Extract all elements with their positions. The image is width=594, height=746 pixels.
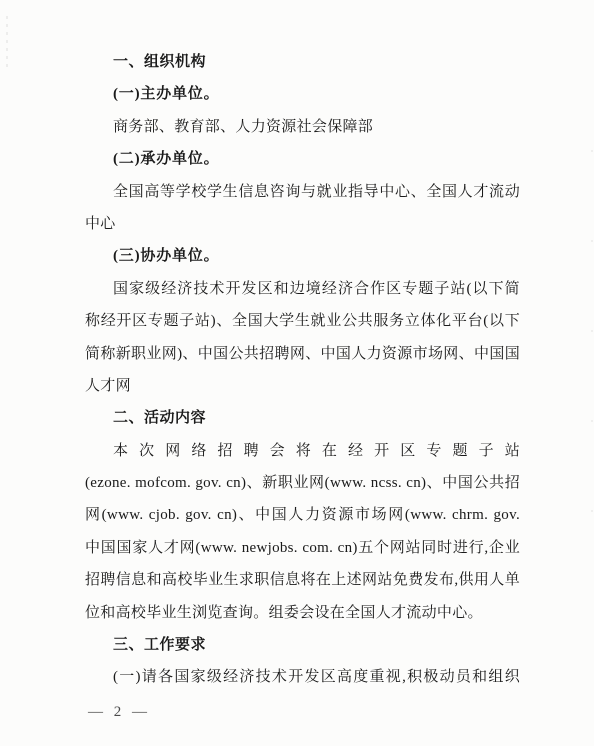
subheading-host-unit: (一)主办单位。 (85, 78, 520, 110)
text-activity-content-line6: 位和高校毕业生浏览查询。组委会设在全国人才流动中心。 (85, 597, 520, 629)
text-activity-content-line1: 本次网络招聘会将在经开区专题子站 (85, 435, 520, 467)
text-activity-content-line5: 招聘信息和高校毕业生求职信息将在上述网站免费发布,供用人单 (85, 564, 520, 596)
text-organizer-units-line2: 中心 (85, 208, 520, 240)
text-coorganizer-units-line4: 人才网 (85, 370, 520, 402)
heading-section-3: 三、工作要求 (85, 629, 520, 661)
scan-artifact-left-edge (6, 16, 8, 70)
text-organizer-units-line1: 全国高等学校学生信息咨询与就业指导中心、全国人才流动 (85, 176, 520, 208)
text-host-units: 商务部、教育部、人力资源社会保障部 (85, 111, 520, 143)
subheading-organizer-unit: (二)承办单位。 (85, 143, 520, 175)
text-coorganizer-units-line1: 国家级经济技术开发区和边境经济合作区专题子站(以下简 (85, 273, 520, 305)
subheading-coorganizer-unit: (三)协办单位。 (85, 240, 520, 272)
text-coorganizer-units-line3: 简称新职业网)、中国公共招聘网、中国人力资源市场网、中国国家 (85, 338, 520, 370)
heading-section-1: 一、组织机构 (85, 46, 520, 78)
document-body: 一、组织机构 (一)主办单位。 商务部、教育部、人力资源社会保障部 (二)承办单… (85, 46, 520, 694)
page-number: — 2 — (88, 700, 148, 724)
text-coorganizer-units-line2: 称经开区专题子站)、全国大学生就业公共服务立体化平台(以下 (85, 305, 520, 337)
text-activity-content-line4: 中国国家人才网(www. newjobs. com. cn)五个网站同时进行,企… (85, 532, 520, 564)
text-work-requirements-line1: (一)请各国家级经济技术开发区高度重视,积极动员和组织 (85, 661, 520, 693)
scan-artifact-right-edge (591, 150, 593, 570)
text-activity-content-line3: 网(www. cjob. gov. cn)、中国人力资源市场网(www. chr… (85, 499, 520, 531)
text-activity-content-line2: (ezone. mofcom. gov. cn)、新职业网(www. ncss.… (85, 467, 520, 499)
scanned-document-page: 一、组织机构 (一)主办单位。 商务部、教育部、人力资源社会保障部 (二)承办单… (0, 0, 594, 746)
heading-section-2: 二、活动内容 (85, 402, 520, 434)
